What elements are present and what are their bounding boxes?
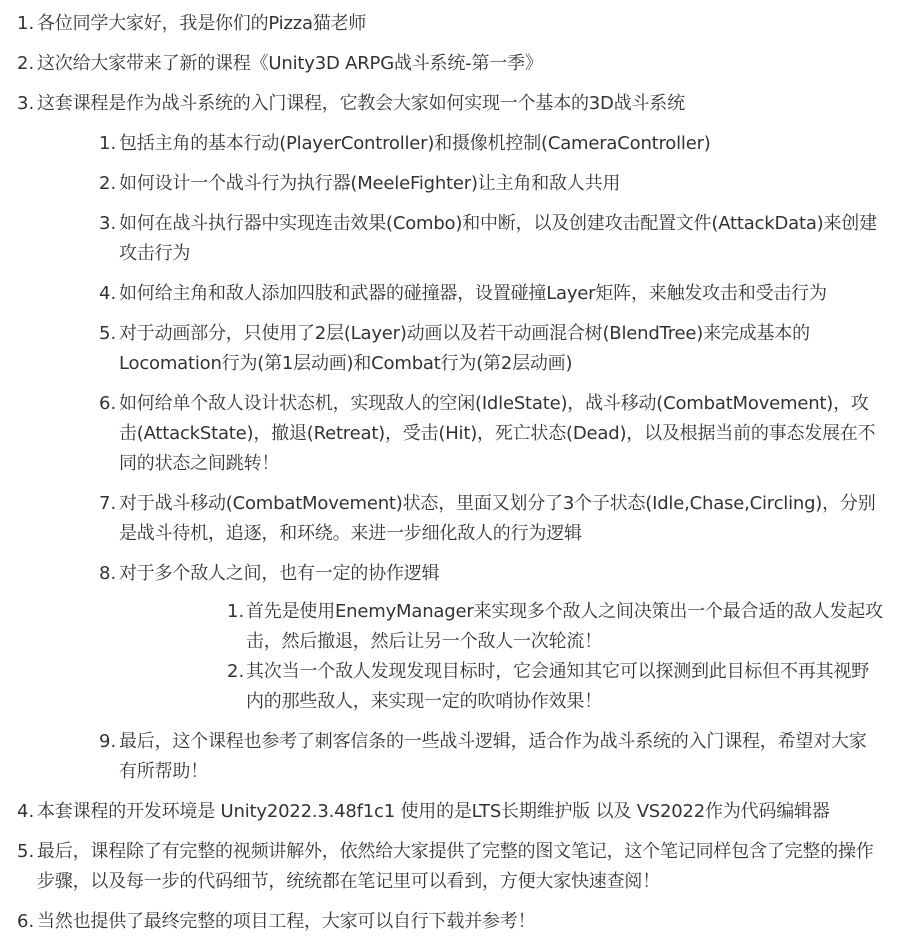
list-item: 7. 对于战斗移动(CombatMovement)状态，里面又划分了3个子状态(… xyxy=(37,489,897,549)
list-item: 3. 如何在战斗执行器中实现连击效果(Combo)和中断，以及创建攻击配置文件(… xyxy=(37,209,897,269)
list-item: 1. 各位同学大家好，我是你们的Pizza猫老师 xyxy=(0,9,897,39)
list-text: 包括主角的基本行动(PlayerController)和摄像机控制(Camera… xyxy=(119,129,897,159)
ordered-list-level-3: 1. 首先是使用EnemyManager来实现多个敌人之间决策出一个最合适的敌人… xyxy=(119,597,897,717)
list-item: 3. 这套课程是作为战斗系统的入门课程，它教会大家如何实现一个基本的3D战斗系统… xyxy=(0,89,897,787)
list-item: 2. 这次给大家带来了新的课程《Unity3D ARPG战斗系统-第一季》 xyxy=(0,49,897,79)
list-text: 各位同学大家好，我是你们的Pizza猫老师 xyxy=(37,9,897,39)
list-item: 1. 包括主角的基本行动(PlayerController)和摄像机控制(Cam… xyxy=(37,129,897,159)
list-number: 4. xyxy=(17,797,34,827)
list-item: 4. 本套课程的开发环境是 Unity2022.3.48f1c1 使用的是LTS… xyxy=(0,797,897,827)
list-text: 最后，这个课程也参考了刺客信条的一些战斗逻辑，适合作为战斗系统的入门课程，希望对… xyxy=(119,727,897,787)
list-number: 2. xyxy=(227,657,244,687)
list-number: 2. xyxy=(99,169,116,199)
list-text: 对于战斗移动(CombatMovement)状态，里面又划分了3个子状态(Idl… xyxy=(119,489,897,549)
list-text: 如何设计一个战斗行为执行器(MeeleFighter)让主角和敌人共用 xyxy=(119,169,897,199)
list-text: 这次给大家带来了新的课程《Unity3D ARPG战斗系统-第一季》 xyxy=(37,49,897,79)
list-item: 4. 如何给主角和敌人添加四肢和武器的碰撞器，设置碰撞Layer矩阵，来触发攻击… xyxy=(37,279,897,309)
list-text: 如何给主角和敌人添加四肢和武器的碰撞器，设置碰撞Layer矩阵，来触发攻击和受击… xyxy=(119,279,897,309)
list-number: 4. xyxy=(99,279,116,309)
list-item: 1. 首先是使用EnemyManager来实现多个敌人之间决策出一个最合适的敌人… xyxy=(119,597,897,657)
list-text: 其次当一个敌人发现发现目标时，它会通知其它可以探测到此目标但不再其视野内的那些敌… xyxy=(246,657,897,717)
list-text: 如何在战斗执行器中实现连击效果(Combo)和中断，以及创建攻击配置文件(Att… xyxy=(119,209,897,269)
list-number: 6. xyxy=(99,389,116,419)
list-number: 2. xyxy=(17,49,34,79)
list-item: 9. 最后，这个课程也参考了刺客信条的一些战斗逻辑，适合作为战斗系统的入门课程，… xyxy=(37,727,897,787)
ordered-list-level-2: 1. 包括主角的基本行动(PlayerController)和摄像机控制(Cam… xyxy=(37,129,897,787)
list-number: 1. xyxy=(227,597,244,627)
list-number: 6. xyxy=(17,907,34,937)
list-text: 这套课程是作为战斗系统的入门课程，它教会大家如何实现一个基本的3D战斗系统 xyxy=(37,89,897,119)
list-number: 5. xyxy=(99,319,116,349)
list-number: 8. xyxy=(99,559,116,589)
list-text: 本套课程的开发环境是 Unity2022.3.48f1c1 使用的是LTS长期维… xyxy=(37,797,897,827)
list-text: 当然也提供了最终完整的项目工程，大家可以自行下载并参考！ xyxy=(37,907,897,937)
ordered-list-level-1: 1. 各位同学大家好，我是你们的Pizza猫老师 2. 这次给大家带来了新的课程… xyxy=(0,9,897,937)
list-item: 2. 其次当一个敌人发现发现目标时，它会通知其它可以探测到此目标但不再其视野内的… xyxy=(119,657,897,717)
list-number: 3. xyxy=(99,209,116,239)
course-intro-document: 1. 各位同学大家好，我是你们的Pizza猫老师 2. 这次给大家带来了新的课程… xyxy=(0,0,897,937)
list-item: 6. 当然也提供了最终完整的项目工程，大家可以自行下载并参考！ xyxy=(0,907,897,937)
list-number: 1. xyxy=(17,9,34,39)
list-text: 对于动画部分，只使用了2层(Layer)动画以及若干动画混合树(BlendTre… xyxy=(119,319,897,379)
list-item: 8. 对于多个敌人之间，也有一定的协作逻辑 1. 首先是使用EnemyManag… xyxy=(37,559,897,717)
list-number: 9. xyxy=(99,727,116,757)
list-item: 6. 如何给单个敌人设计状态机，实现敌人的空闲(IdleState)，战斗移动(… xyxy=(37,389,897,479)
list-number: 3. xyxy=(17,89,34,119)
list-item: 5. 最后，课程除了有完整的视频讲解外，依然给大家提供了完整的图文笔记，这个笔记… xyxy=(0,837,897,897)
list-item: 5. 对于动画部分，只使用了2层(Layer)动画以及若干动画混合树(Blend… xyxy=(37,319,897,379)
list-text: 对于多个敌人之间，也有一定的协作逻辑 xyxy=(119,559,897,589)
list-number: 7. xyxy=(99,489,116,519)
list-number: 5. xyxy=(17,837,34,867)
list-text: 首先是使用EnemyManager来实现多个敌人之间决策出一个最合适的敌人发起攻… xyxy=(246,597,897,657)
list-number: 1. xyxy=(99,129,116,159)
list-text: 最后，课程除了有完整的视频讲解外，依然给大家提供了完整的图文笔记，这个笔记同样包… xyxy=(37,837,897,897)
list-text: 如何给单个敌人设计状态机，实现敌人的空闲(IdleState)，战斗移动(Com… xyxy=(119,389,897,479)
list-item: 2. 如何设计一个战斗行为执行器(MeeleFighter)让主角和敌人共用 xyxy=(37,169,897,199)
